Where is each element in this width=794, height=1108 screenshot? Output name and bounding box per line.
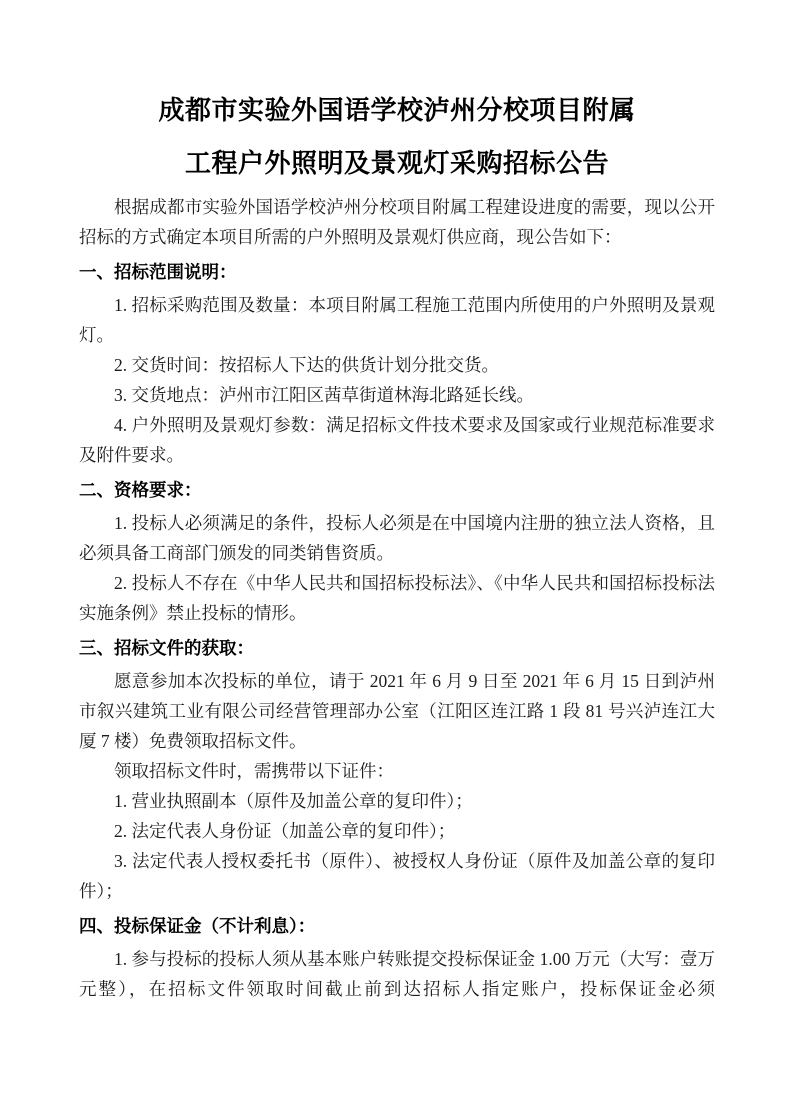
section-3-item-3: 3. 法定代表人授权委托书（原件）、被授权人身份证（原件及加盖公章的复印件）； [79, 846, 715, 906]
section-2-item-1: 1. 投标人必须满足的条件，投标人必须是在中国境内注册的独立法人资格，且必须具备… [79, 508, 715, 568]
section-3-item-2: 2. 法定代表人身份证（加盖公章的复印件）； [79, 816, 715, 846]
section-1-item-1: 1. 招标采购范围及数量：本项目附属工程施工范围内所使用的户外照明及景观灯。 [79, 290, 715, 350]
document-title-line-2: 工程户外照明及景观灯采购招标公告 [79, 137, 715, 190]
heading-section-1: 一、招标范围说明： [79, 257, 715, 287]
intro-paragraph: 根据成都市实验外国语学校泸州分校项目附属工程建设进度的需要，现以公开招标的方式确… [79, 192, 715, 252]
heading-section-3: 三、招标文件的获取： [79, 633, 715, 663]
document-body: 根据成都市实验外国语学校泸州分校项目附属工程建设进度的需要，现以公开招标的方式确… [79, 192, 715, 1004]
section-3-paragraph: 愿意参加本次投标的单位，请于 2021 年 6 月 9 日至 2021 年 6 … [79, 666, 715, 756]
section-1-item-2: 2. 交货时间：按招标人下达的供货计划分批交货。 [79, 350, 715, 380]
section-3-item-1: 1. 营业执照副本（原件及加盖公章的复印件）； [79, 786, 715, 816]
section-3-certificates-intro: 领取招标文件时，需携带以下证件： [79, 756, 715, 786]
section-2-item-2: 2. 投标人不存在《中华人民共和国招标投标法》、《中华人民共和国招标投标法实施条… [79, 568, 715, 628]
document-page: 成都市实验外国语学校泸州分校项目附属 工程户外照明及景观灯采购招标公告 根据成都… [0, 0, 794, 1108]
document-content: 成都市实验外国语学校泸州分校项目附属 工程户外照明及景观灯采购招标公告 根据成都… [79, 84, 715, 1004]
document-title: 成都市实验外国语学校泸州分校项目附属 工程户外照明及景观灯采购招标公告 [79, 84, 715, 190]
section-4-item-1: 1. 参与投标的投标人须从基本账户转账提交投标保证金 1.00 万元（大写：壹万… [79, 944, 715, 1004]
document-title-line-1: 成都市实验外国语学校泸州分校项目附属 [79, 84, 715, 137]
section-1-item-4: 4. 户外照明及景观灯参数：满足招标文件技术要求及国家或行业规范标准要求及附件要… [79, 410, 715, 470]
section-1-item-3: 3. 交货地点：泸州市江阳区茜草街道林海北路延长线。 [79, 380, 715, 410]
heading-section-4: 四、投标保证金（不计利息）： [79, 911, 715, 941]
heading-section-2: 二、资格要求： [79, 475, 715, 505]
